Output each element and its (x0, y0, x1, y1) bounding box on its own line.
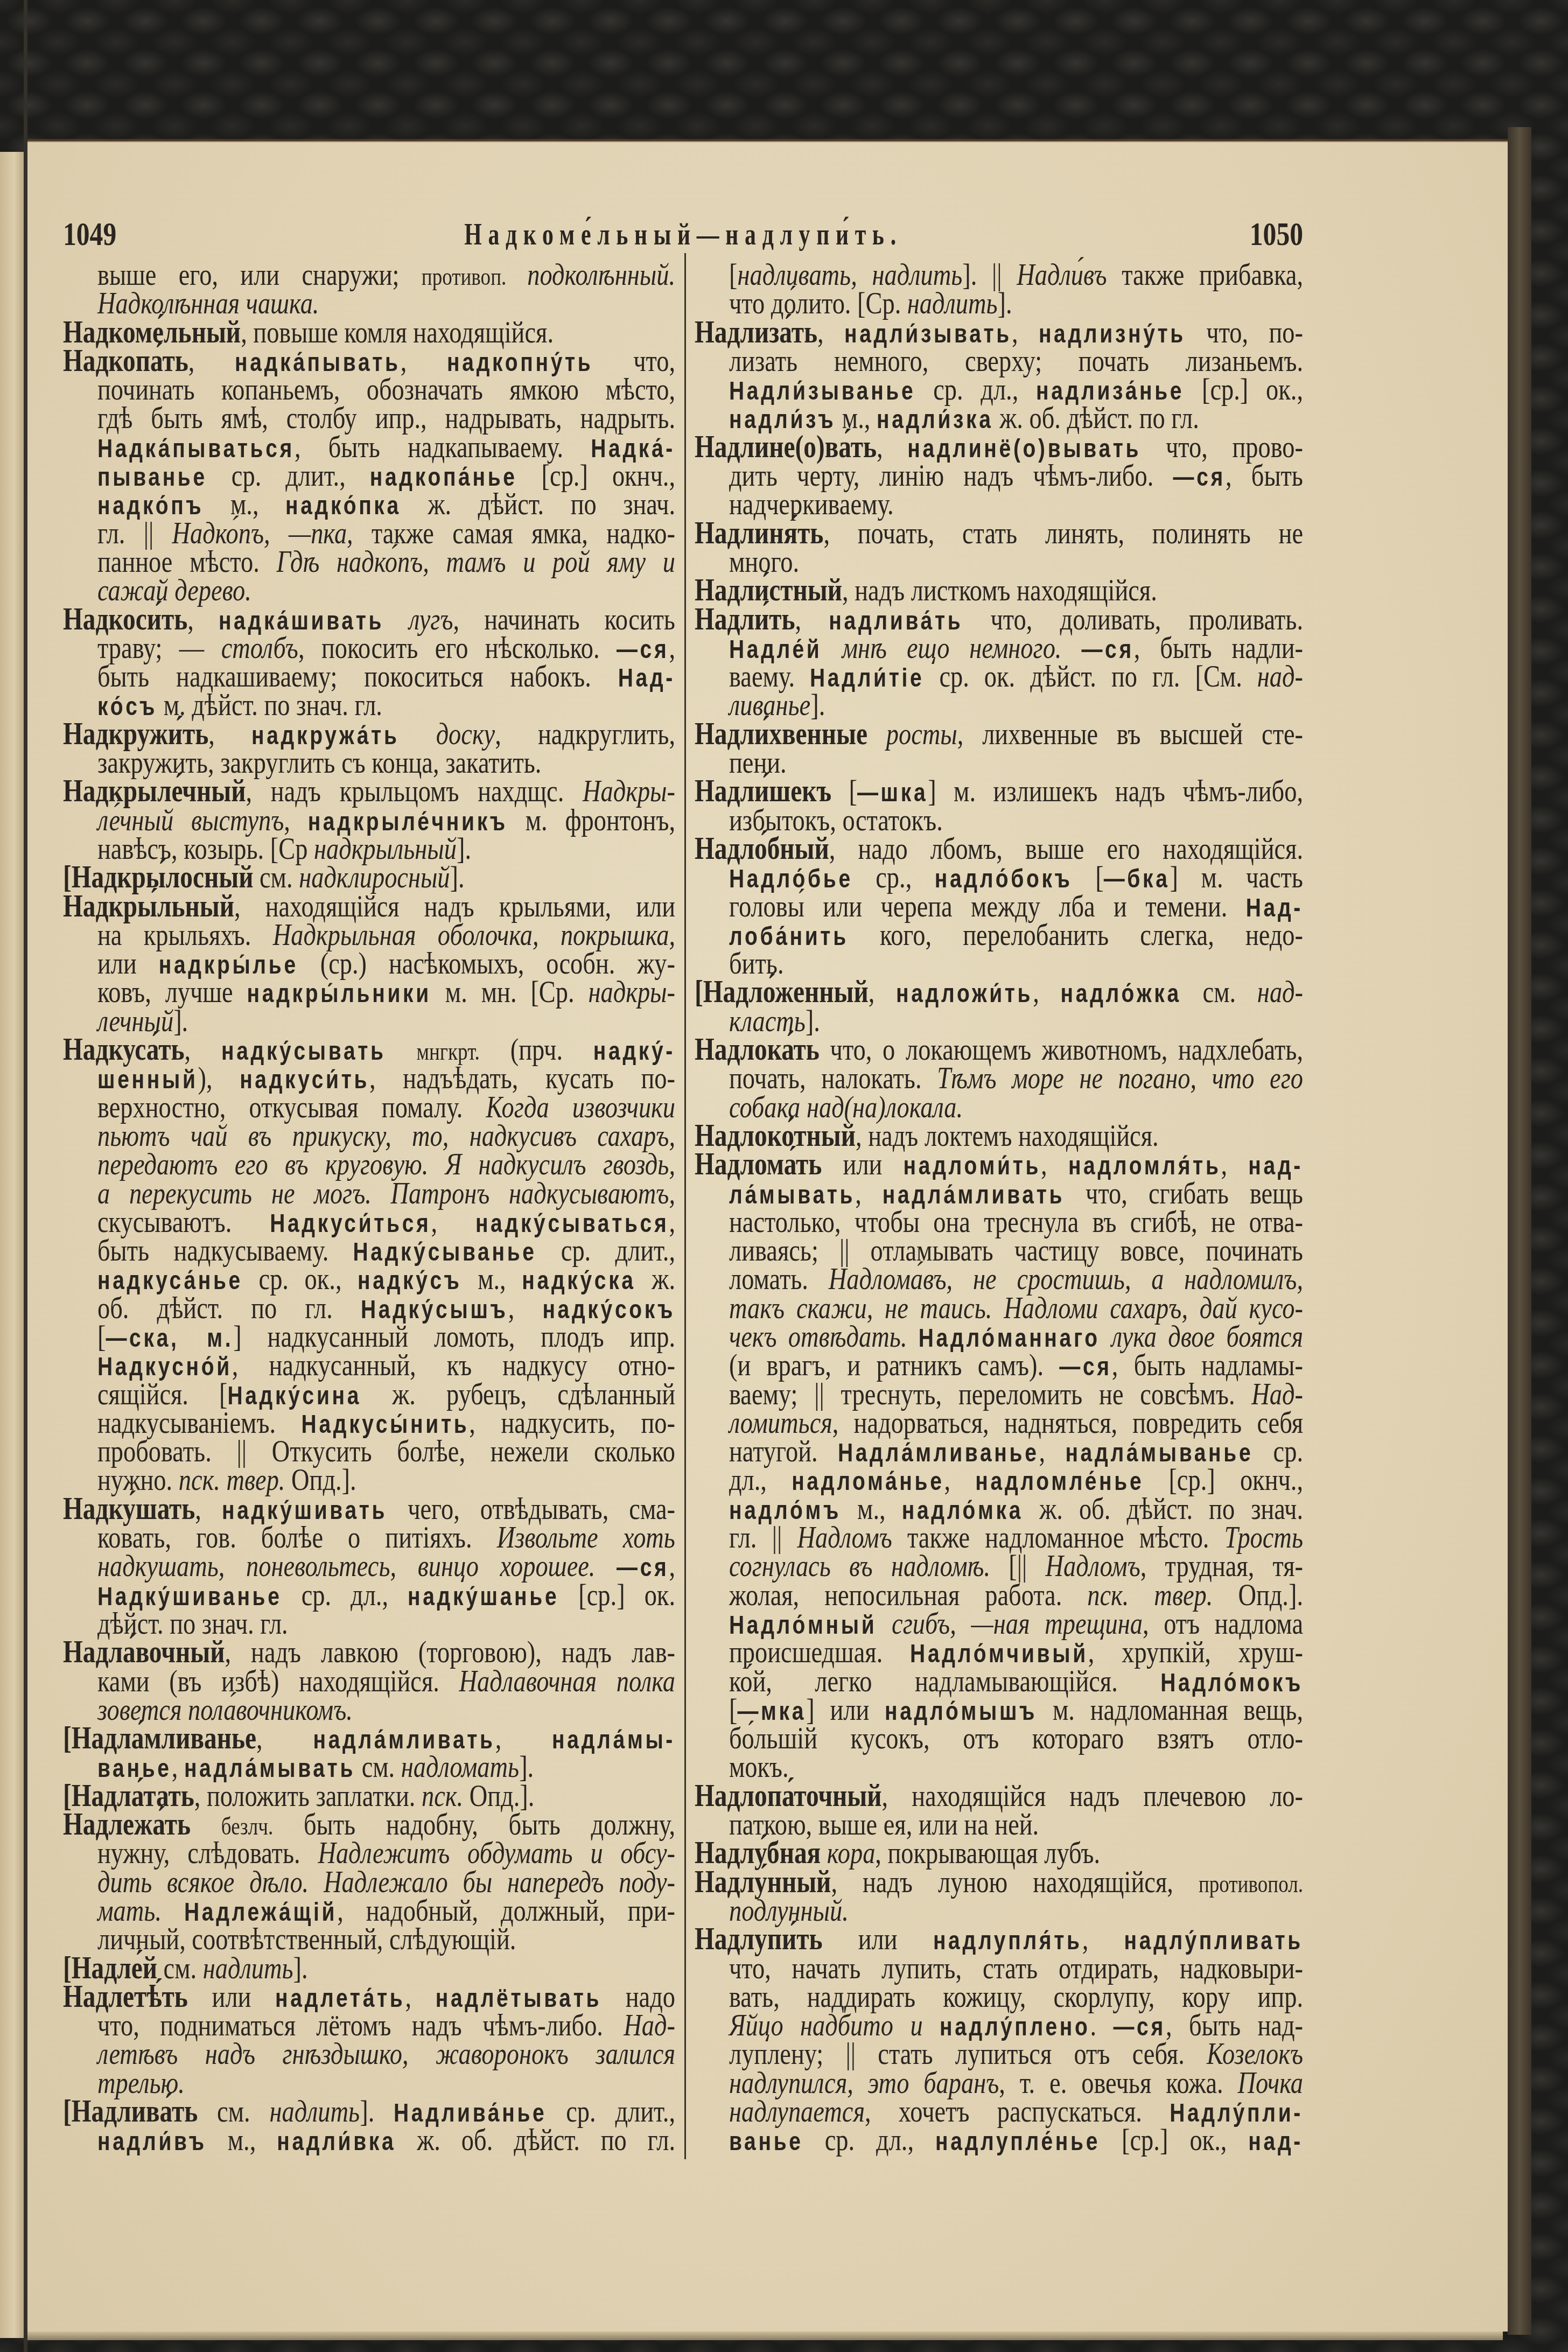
dictionary-line: Надкоме́льный, повыше комля находящійся. (63, 318, 554, 346)
dictionary-line: Надлу́нный, надъ луною находящійся, прот… (695, 1867, 1303, 1896)
dictionary-line: вать, наддирать кожицу, скорлупу, кору и… (729, 1982, 1303, 2011)
text: м. фронтонъ, (508, 802, 675, 837)
bold-form: надлупле́нье (935, 2127, 1100, 2156)
dictionary-line: лизать немного, сверху; почать лизаньемъ… (729, 346, 1303, 375)
headword: Надли́ть (695, 601, 795, 636)
dictionary-line: на крыльяхъ. Надкрыльная оболочка, покры… (97, 920, 675, 949)
dictionary-line: Надлиня́ть, почать, стать линять, полиня… (695, 519, 1303, 547)
dictionary-line: зовется пола́вочникомъ. (97, 1695, 353, 1724)
text: м., (207, 2122, 277, 2157)
dictionary-line: выше его, или снаружи; противоп. подколѣ… (97, 260, 675, 289)
dictionary-line: Надлока́ть что, о локающемъ животномъ, н… (695, 1035, 1303, 1063)
headword: Надло́бный (695, 830, 829, 866)
previous-page-edge (0, 152, 24, 2338)
dictionary-line: [надливать, надлить]. || Надли́въ также … (729, 260, 1303, 289)
text: см. (1181, 974, 1257, 1009)
dictionary-line: Надкоси́ть, надка́шивать лугъ, начинать … (63, 605, 675, 633)
bold-form: ванье (729, 2127, 803, 2156)
dictionary-line: Надли́хвенные росты, лихвенные въ высшей… (695, 719, 1303, 748)
text: , (256, 1720, 313, 1755)
dictionary-line: быть надкусываему. Надку́сыванье ср. дли… (97, 1236, 675, 1264)
dictionary-line: [—ска, м.] надкусанный ломоть, плодъ ипр… (97, 1322, 675, 1350)
text: [ (97, 1319, 106, 1354)
dictionary-line: сящійся. [Надку́сина ж. рубецъ, сдѣланны… (97, 1380, 675, 1408)
dictionary-line: что до́лито. [Ср. надлить]. (729, 289, 1012, 317)
dictionary-line: ванье, надла́мывать см. надломать]. (97, 1752, 534, 1781)
bold-form: надли́въ (97, 2127, 207, 2156)
dictionary-line: чекъ отвѣдать. Надло́маннаго лука двое б… (729, 1322, 1303, 1350)
bold-form: Над- (618, 663, 675, 692)
text: , (869, 974, 896, 1009)
dictionary-line: надкушать, поневольтесь, винцо хорошее. … (97, 1551, 675, 1580)
dictionary-line: надли́зъ м., надли́зка ж. об. дѣйст. по … (729, 403, 1199, 432)
dictionary-line: Надла́вочный, надъ лавкою (торговою), на… (63, 1637, 675, 1666)
text: , быть (1226, 458, 1303, 493)
dictionary-line: пени. (729, 748, 787, 776)
bold-form: пыванье (97, 463, 207, 492)
dictionary-line: Надле́й мнѣ ещо немного. —ся, быть надли… (729, 633, 1303, 662)
text: ]. (998, 285, 1012, 320)
dictionary-line: собака над(на)локала. (729, 1093, 963, 1121)
dictionary-line: ле́чный выступъ, надкрыле́чникъ м. фронт… (97, 806, 675, 834)
text: м. мн. [Ср. (431, 974, 589, 1009)
dictionary-line: трелью. (97, 2068, 185, 2097)
dictionary-line: или надкры́лье (ср.) насѣкомыхъ, особн. … (97, 949, 675, 977)
dictionary-line: Надлоко́тный, надъ локтемъ находящійся. (695, 1121, 1159, 1150)
dictionary-line: ливаясь; || отламывать частицу вовсе, по… (729, 1236, 1303, 1264)
dictionary-line: ковать, гов. болѣе о питіяхъ. Извольте х… (97, 1523, 675, 1551)
italic-text: надлить (269, 2094, 360, 2129)
dictionary-line: надло́мъ м., надло́мка ж. об. дѣйст. по … (729, 1494, 1303, 1523)
dictionary-line: ковъ, лучше надкры́льники м. мн. [Ср. на… (97, 977, 675, 1006)
headword: [Надла́мливанье (63, 1720, 256, 1755)
italic-text: росты (886, 716, 957, 751)
italic-text: подколѣнный. (527, 257, 675, 292)
dictionary-line: Яйцо надбито и надлу́плено. —ся, быть на… (729, 2011, 1303, 2039)
dictionary-line: (и врагъ, и ратникъ самъ). —ся, быть над… (729, 1350, 1303, 1379)
dictionary-line: Надкры́льный, находящійся надъ крыльями,… (63, 892, 675, 920)
dictionary-line: Надку́шиванье ср. дл., надку́шанье [ср.]… (97, 1580, 675, 1609)
headword: Надкуса́ть (63, 1031, 185, 1067)
dictionary-line: починать копаньемъ, обозначать ямкою мѣс… (97, 375, 675, 403)
dictionary-line: дѣйст. по знач. гл. (97, 1609, 288, 1637)
text: , повыше комля находящійся. (241, 314, 554, 349)
dictionary-line: Надлу́бная кора, покрывающая лубъ. (695, 1838, 1100, 1867)
dictionary-line: траву; — столбъ, покосить его нѣсколько.… (97, 633, 675, 662)
text: , (944, 1462, 976, 1497)
dictionary-line: нужну, слѣдовать. Надлежитъ обдумать и о… (97, 1838, 675, 1867)
dictionary-line: бить. (729, 949, 783, 977)
dictionary-line: сажай дерево. (97, 576, 251, 604)
dictionary-line: натугой. Надла́мливанье, надла́мыванье с… (729, 1437, 1303, 1465)
text: также прибавка, (1107, 257, 1303, 292)
italic-text: над- (1257, 974, 1303, 1009)
bold-form: —ся (617, 635, 669, 664)
abbreviation: противопол. (1199, 1871, 1303, 1898)
dictionary-line: надко́пъ м., надко́пка ж. дѣйст. по знач… (97, 489, 675, 518)
text (867, 716, 886, 751)
dictionary-line: Надку́шать, надку́шивать чего, отвѣдыват… (63, 1494, 675, 1523)
dictionary-line: луплену; || стать лупиться отъ себя. Коз… (729, 2039, 1303, 2068)
text: , надъ луною находящійся, (831, 1864, 1198, 1899)
dictionary-line: Надлетѣ́ть или надлета́ть, надлётывать н… (63, 1982, 675, 2011)
dictionary-line: избытокъ, остатокъ. (729, 806, 943, 834)
dictionary-line: навѣсъ, козырь. [Ср надкрыльный]. (97, 834, 471, 863)
binding-string (1508, 127, 1531, 2335)
text: ] м. излишекъ надъ чѣмъ-либо, (928, 773, 1303, 808)
dictionary-line: лоба́нить кого, перелобанить слегка, нед… (729, 920, 1303, 949)
dictionary-line: Надли́зыванье ср. дл., надлиза́нье [ср.]… (729, 375, 1303, 403)
dictionary-line: надли́въ м., надли́вка ж. об. дѣйст. по … (97, 2125, 675, 2154)
left-page-number: 1049 (63, 215, 116, 253)
dictionary-line: бо́льшій кусокъ, отъ котораго взятъ отло… (729, 1724, 1303, 1752)
text: Опд.]. (285, 1462, 356, 1497)
italic-text: Тѣмъ море не погано, что его (937, 1060, 1303, 1095)
dictionary-line: летѣвъ надъ гнѣздышко, жаворонокъ залилс… (97, 2039, 675, 2068)
dictionary-line: Надлупи́ть или надлупля́ть, надлу́пливат… (695, 1924, 1303, 1953)
italic-text: надкры- (589, 974, 675, 1009)
dictionary-line: надлупается, хочетъ распускаться. Надлу́… (729, 2097, 1303, 2125)
dictionary-line: Надли́ть, надлива́ть что, доливать, прол… (695, 605, 1303, 633)
dictionary-line: Надлежа́ть безлч. быть надобну, быть дол… (63, 1810, 675, 1838)
dictionary-line: такъ скажи, не таись. Надломи сахаръ, да… (729, 1293, 1303, 1322)
dictionary-line: ломать. Надлома́въ, не сростишь, а надло… (729, 1264, 1303, 1293)
dictionary-line: что, начать лупить, стать отдирать, надк… (729, 1954, 1303, 1982)
dictionary-line: личный, соотвѣтственный, слѣдующій. (97, 1924, 516, 1953)
dictionary-line: дить всякое дѣло. Надлежало бы напередъ … (97, 1867, 675, 1896)
dictionary-line: нужно. пск. твер. Опд.]. (97, 1465, 356, 1494)
dictionary-line: согнулась въ надломѣ. [|| Надломъ, трудн… (729, 1551, 1303, 1580)
bold-form: надли́вка (277, 2127, 396, 2156)
dictionary-line: Надлине(о)ва́ть, надлинё(о)вывать что, п… (695, 432, 1303, 461)
text: ж. (636, 1261, 675, 1296)
bold-form: —ся (1173, 463, 1226, 492)
dictionary-line: мокъ. (729, 1752, 789, 1781)
dictionary-line: гл. || Надломъ также надломанное мѣсто. … (729, 1523, 1303, 1551)
dictionary-line: Надло́бный, надо лбомъ, выше его находящ… (695, 834, 1303, 863)
dictionary-line: ками (въ избѣ) находящійся. Надлавочная … (97, 1667, 675, 1695)
text: , надорваться, надняться, повредить себя (832, 1405, 1303, 1440)
dictionary-line: Надкружи́ть, надкружа́ть доску, надкругл… (63, 719, 675, 748)
dictionary-line: гдѣ быть ямѣ, столбу ипр., надрывать, на… (97, 403, 675, 432)
dictionary-line: Надкуса́ть, надку́сывать мнгкрт. (прч. н… (63, 1035, 675, 1063)
dictionary-line: ваему. Надли́тіе ср. ок. дѣйст. по гл. [… (729, 662, 1303, 690)
dictionary-line: надчеркиваему. (729, 489, 894, 518)
dictionary-line: много. (729, 547, 799, 576)
dictionary-line: надлупился, это баранъ, т. е. овечья кож… (729, 2068, 1303, 2097)
dictionary-line: Надло́бье ср., надло́бокъ [—бка] м. част… (729, 863, 1303, 891)
text: [ср.] ок., (1100, 2122, 1248, 2157)
headword: Надлома́ть (695, 1146, 822, 1181)
bold-form: надломи́ть (904, 1151, 1041, 1180)
bold-form: надложи́ть (896, 979, 1033, 1008)
dictionary-line: Надло́мный сгибъ, —ная трещина, отъ надл… (729, 1609, 1303, 1637)
dictionary-line: Надка́пываться, быть надкапываему. Надка… (97, 432, 675, 461)
text: , (1033, 974, 1060, 1009)
italic-text: Надлавочная полка (459, 1663, 676, 1698)
dictionary-line: пыванье ср. длит., надкопа́нье [ср.] окн… (97, 461, 675, 489)
dictionary-line: Надкусно́й, надкусанный, къ надкусу отно… (97, 1350, 675, 1379)
dictionary-line: [Надла́тать, положить заплатки. пск. Опд… (63, 1781, 534, 1810)
dictionary-line: жолая, непосильная работа. пск. твер. Оп… (729, 1580, 1303, 1609)
dictionary-line: паткою, выше ея, или на ней. (729, 1810, 1039, 1838)
bold-form: надкры́льники (247, 979, 431, 1008)
dictionary-line: ко́съ м. дѣйст. по знач. гл. (97, 690, 382, 719)
dictionary-line: а перекусить не могъ. Патронъ надкусываю… (97, 1179, 675, 1207)
dictionary-line: класть]. (729, 1006, 820, 1035)
text: , (431, 1204, 475, 1239)
text: ж. об. дѣйст. по гл. (396, 2122, 675, 2157)
text: кого, перелобанить слегка, недо- (849, 917, 1303, 952)
text: , почать, стать линять, полинять не (823, 515, 1303, 550)
dictionary-line: ломиться, надорваться, надняться, повред… (729, 1408, 1303, 1437)
text: бо́льшій кусокъ, отъ котораго взятъ отло… (729, 1720, 1303, 1755)
dictionary-line: ливанье]. (729, 690, 825, 719)
abbreviation: противоп. (422, 263, 528, 291)
dictionary-line: подлунный. (729, 1896, 849, 1924)
right-text-column: [надливать, надлить]. || Надли́въ также … (695, 260, 1303, 2154)
italic-text: Гдѣ надко́пъ, тамъ и рой яму и (276, 544, 675, 579)
italic-text: надлить (907, 285, 998, 320)
dictionary-line: дл., надлома́нье, надломле́нье [ср.] окн… (729, 1465, 1303, 1494)
dictionary-line: надкусываніемъ. Надкусы́нить, надкусить,… (97, 1408, 675, 1437)
dictionary-line: шенный), надкуси́ть, надъѣдать, кусать п… (97, 1063, 675, 1092)
page-top-edge (27, 139, 1508, 142)
bold-form: надку́сывать (221, 1037, 386, 1066)
dictionary-line: происшедшая. Надло́мчивый, хрупкій, хруш… (729, 1637, 1303, 1666)
dictionary-line: панное мѣсто. Гдѣ надко́пъ, тамъ и рой я… (97, 547, 675, 576)
dictionary-line: об. дѣйст. по гл. Надку́сышъ, надку́сокъ (97, 1293, 675, 1322)
dictionary-line: Надли́стный, надъ листкомъ находящійся. (695, 576, 1157, 604)
dictionary-line: гл. || Надко́пъ, —пка, также самая ямка,… (97, 519, 675, 547)
dictionary-line: закружить, закруглить съ конца, закатить… (97, 748, 541, 776)
page-bottom-edge (27, 2332, 1503, 2340)
bold-form: надку́съ (358, 1266, 461, 1295)
text (822, 630, 842, 665)
italic-text: Почка (1238, 2065, 1303, 2100)
dictionary-line: [Надло́женный, надложи́ть, надло́жка см.… (695, 977, 1303, 1006)
bold-form: Надли́тіе (810, 663, 924, 692)
bold-form: —ска, м. (106, 1324, 233, 1353)
text: [ср.] ок. (559, 1577, 675, 1612)
dictionary-line: лечный]. (97, 1006, 188, 1035)
dictionary-line: верхностно, откусывая помалу. Когда изво… (97, 1093, 675, 1121)
text: ]. (360, 2094, 394, 2129)
text: , (669, 630, 675, 665)
headword: [Надлива́ть (63, 2093, 198, 2129)
dictionary-line: Надкопа́ть, надка́пывать, надкопну́ть чт… (63, 346, 675, 375)
dictionary-line: Надлиза́ть, надли́зывать, надлизну́ть чт… (695, 318, 1303, 346)
right-page-number: 1050 (1250, 215, 1303, 253)
dictionary-line: ла́мывать, надла́мливать что, сгибать ве… (729, 1179, 1303, 1207)
dictionary-line: почать, налокать. Тѣмъ море не погано, ч… (729, 1063, 1303, 1092)
italic-text: Надли́въ (1017, 257, 1107, 292)
dictionary-line: что, подниматься лётомъ надъ чѣмъ-либо. … (97, 2011, 675, 2039)
text (1100, 1319, 1111, 1354)
dictionary-line: надкуса́нье ср. ок., надку́съ м., надку́… (97, 1264, 675, 1293)
bold-form: надла́мы- (552, 1725, 675, 1754)
dictionary-line: [—мка] или надло́мышъ м. надломанная вещ… (729, 1695, 1303, 1724)
book-spine-line (24, 0, 27, 2352)
dictionary-line: головы́ или черепа между лба и темени. Н… (729, 892, 1303, 920)
text: , лихвенные въ высшей сте- (957, 716, 1303, 751)
text: ]. (293, 1950, 308, 1985)
dictionary-line: мать. Надлежа́щій, надобный, должный, пр… (97, 1896, 675, 1924)
dictionary-line: Надкрыле́чный, надъ крыльцомъ нахдщс. На… (63, 776, 675, 805)
dictionary-line: ванье ср. дл., надлупле́нье [ср.] ок., н… (729, 2125, 1303, 2154)
dictionary-line: ко́й, легко надламывающійся. Надло́мокъ (729, 1667, 1303, 1695)
text: ср. ок. дѣйст. по гл. [См. (924, 659, 1257, 694)
dictionary-line: Надлома́ть или надломи́ть, надломля́ть, … (695, 1150, 1303, 1178)
dictionary-line: [Надле́й см. надлить]. (63, 1954, 308, 1982)
text: ср. дл., (282, 1577, 408, 1612)
dictionary-line: скусываютъ. Надкуси́ться, надку́сываться… (97, 1207, 675, 1236)
left-text-column: выше его, или снаружи; противоп. подколѣ… (63, 260, 675, 2154)
bold-form: Надли́зыванье (729, 376, 915, 405)
text: дл., (729, 1462, 792, 1497)
dictionary-line: пьютъ чай въ прикуску, то, надкусивъ сах… (97, 1121, 675, 1150)
running-header: 1049 Надкоме́льный—надлупи́ть. 1050 (63, 215, 1303, 253)
dictionary-line: Надли́шекъ [—шка] м. излишекъ надъ чѣмъ-… (695, 776, 1303, 805)
text: [ср.] ок., (1184, 372, 1303, 407)
dictionary-line: [Надлива́ть см. надлить]. Надлива́нье ср… (63, 2097, 675, 2125)
dictionary-line: [Надла́мливанье, надла́мливать, надла́мы… (63, 1724, 675, 1752)
text: , (1039, 1433, 1066, 1468)
dictionary-line: дить черту, линію надъ чѣмъ-либо. —ся, б… (729, 461, 1303, 489)
dictionary-line: настолько, чтобы она треснула въ сгибѣ, … (729, 1207, 1303, 1236)
bold-form: надло́жка (1061, 979, 1181, 1008)
dictionary-line: [Надкры́лосный см. надклиросный]. (63, 863, 465, 891)
bold-form: над- (1248, 2127, 1303, 2156)
italic-text: над- (1257, 659, 1303, 694)
dictionary-line: Надлопа́точный, находящійся надъ плечево… (695, 1781, 1303, 1810)
text: ср. дл., (803, 2122, 935, 2157)
dictionary-line: пробовать. || Откусить болѣе, нежели ско… (97, 1437, 675, 1465)
column-divider-rule (684, 253, 686, 2159)
running-title: Надкоме́льный—надлупи́ть. (464, 215, 902, 253)
bold-form: Надла́мливанье (838, 1438, 1039, 1467)
bold-form: надку́шанье (408, 1582, 559, 1611)
dictionary-line: Надколѣнная чашка. (97, 289, 319, 317)
dictionary-line: быть надкашиваему; покоситься набокъ. На… (97, 662, 675, 690)
dictionary-line: ваему; || треснуть, переломить не совсѣм… (729, 1380, 1303, 1408)
dictionary-line: передаютъ его въ круговую. Я надкусилъ г… (97, 1150, 675, 1178)
